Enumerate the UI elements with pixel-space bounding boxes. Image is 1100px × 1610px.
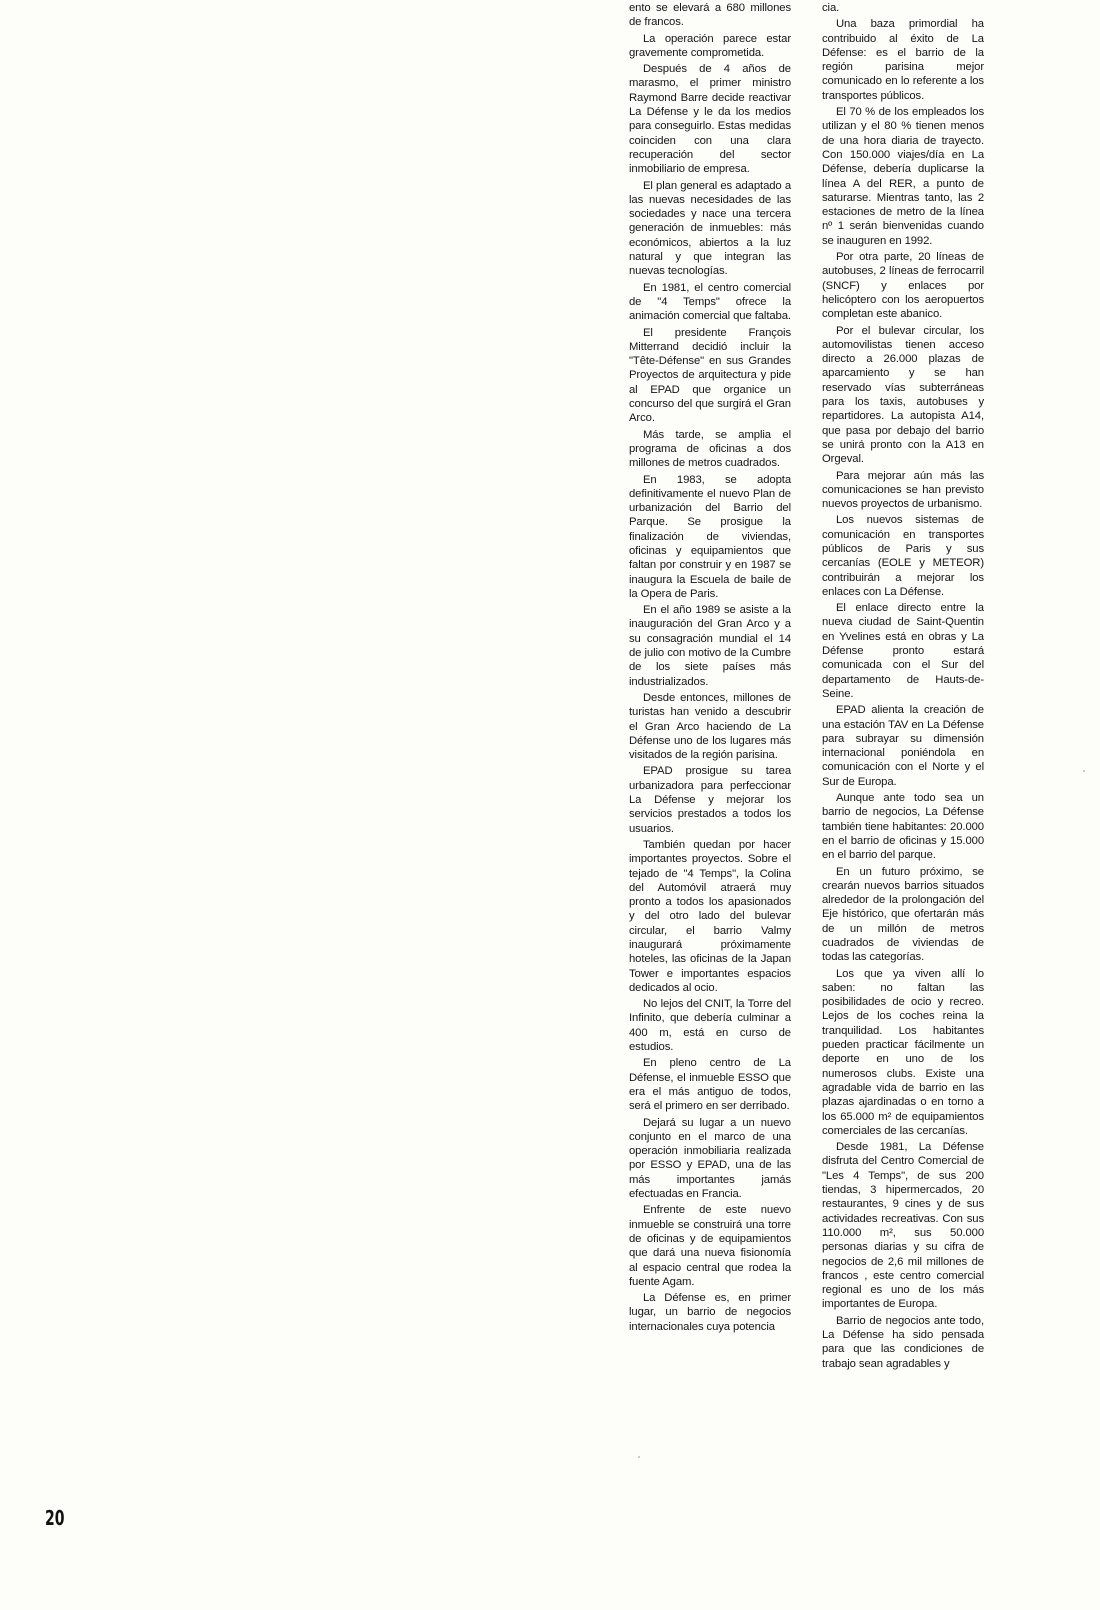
paragraph: Dejará su lugar a un nuevo conjunto en e… (629, 1116, 791, 1202)
paragraph: Los nuevos sistemas de comunicación en t… (822, 513, 984, 599)
paragraph: EPAD alienta la creación de una estación… (822, 703, 984, 789)
paragraph: Más tarde, se amplia el programa de ofic… (629, 428, 791, 471)
paragraph: En un futuro próximo, se crearán nuevos … (822, 865, 984, 965)
paragraph: Desde 1981, La Défense disfruta del Cent… (822, 1140, 984, 1312)
paragraph: El plan general es adaptado a las nuevas… (629, 179, 791, 279)
scan-speck (638, 1456, 640, 1458)
paragraph: Los que ya viven allí lo saben: no falta… (822, 967, 984, 1139)
paragraph: ento se elevará a 680 millones de franco… (629, 1, 791, 30)
paragraph: El enlace directo entre la nueva ciudad … (822, 601, 984, 701)
paragraph: El presidente François Mitterrand decidi… (629, 326, 791, 426)
paragraph: En 1983, se adopta definitivamente el nu… (629, 473, 791, 602)
paragraph: Después de 4 años de marasmo, el primer … (629, 62, 791, 176)
scan-speck (1083, 770, 1085, 772)
paragraph: Por otra parte, 20 líneas de autobuses, … (822, 250, 984, 321)
paragraph: Enfrente de este nuevo inmueble se const… (629, 1203, 791, 1289)
paragraph: El 70 % de los empleados los utilizan y … (822, 105, 984, 248)
paragraph: EPAD prosigue su tarea urbanizadora para… (629, 764, 791, 835)
paragraph: En pleno centro de La Défense, el inmueb… (629, 1056, 791, 1113)
paragraph: Por el bulevar circular, los automovilis… (822, 324, 984, 467)
paragraph: Desde entonces, millones de turistas han… (629, 691, 791, 762)
paragraph: En el año 1989 se asiste a la inauguraci… (629, 603, 791, 689)
paragraph: La Défense es, en primer lugar, un barri… (629, 1291, 791, 1334)
page-number: 20 (45, 1506, 64, 1530)
paragraph: Para mejorar aún más las comunicaciones … (822, 469, 984, 512)
paragraph: También quedan por hacer importantes pro… (629, 838, 791, 995)
paragraph: Barrio de negocios ante todo, La Défense… (822, 1314, 984, 1371)
paragraph: Aunque ante todo sea un barrio de negoci… (822, 791, 984, 862)
text-column-left: ento se elevará a 680 millones de franco… (629, 1, 791, 1336)
paragraph: Una baza primordial ha contribuido al éx… (822, 17, 984, 103)
text-column-right: cia. Una baza primordial ha contribuido … (822, 1, 984, 1373)
paragraph: cia. (822, 1, 984, 15)
paragraph: No lejos del CNIT, la Torre del Infinito… (629, 997, 791, 1054)
paragraph: En 1981, el centro comercial de "4 Temps… (629, 281, 791, 324)
paragraph: La operación parece estar gravemente com… (629, 32, 791, 61)
document-page: ento se elevará a 680 millones de franco… (0, 0, 1100, 1610)
